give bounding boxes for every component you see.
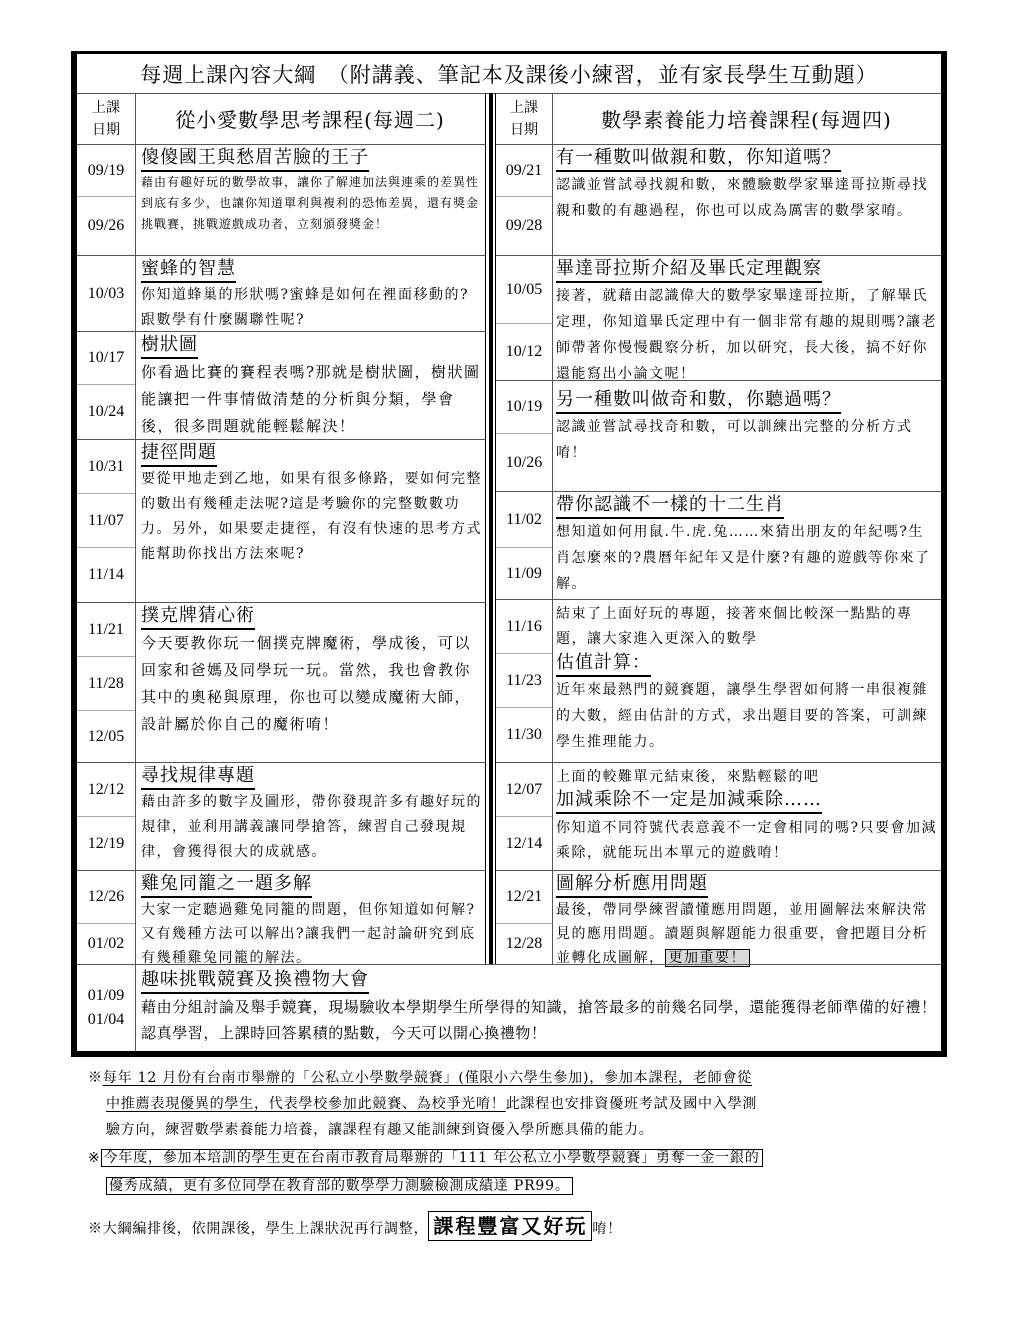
- lesson-date: 10/19: [496, 381, 552, 434]
- note-text: 唷！: [592, 1221, 622, 1237]
- lesson-topic: 加減乘除不一定是加減乘除……: [556, 789, 822, 814]
- achievement-text: 優秀成績，更有多位同學在教育部的數學學力測驗檢測成績達 PR99。: [106, 1177, 573, 1195]
- final-event-row: 01/09 01/04 趣味挑戰競賽及換禮物大會 藉由分組討論及舉手競賽，現場驗…: [77, 964, 941, 1051]
- lesson-date: 01/09: [88, 984, 124, 1008]
- note-2-cont: 優秀成績，更有多位同學在教育部的數學學力測驗檢測成績達 PR99。: [88, 1173, 948, 1199]
- lesson-date: 11/07: [77, 494, 135, 548]
- reference-mark: ※: [88, 1070, 103, 1086]
- lesson-description: 要從甲地走到乙地，如果有很多條路，要如何完整的數出有幾種走法呢?這是考驗你的完整…: [141, 467, 483, 567]
- lesson-date: 10/17: [77, 332, 135, 385]
- lesson-block: 12/21 12/28 圖解分析應用問題 最後，帶同學練習讀懂應用問題，並用圖解…: [496, 871, 941, 964]
- lesson-dates: 10/31 11/07 11/14: [77, 440, 136, 602]
- date-label-line2: 日期: [92, 119, 120, 141]
- column-divider: [485, 93, 496, 964]
- lesson-date: 12/14: [496, 817, 552, 870]
- lesson-dates: 12/07 12/14: [496, 763, 553, 870]
- lesson-dates: 09/21 09/28: [496, 145, 553, 255]
- lesson-dates: 11/21 11/28 12/05: [77, 603, 136, 762]
- lesson-date: 10/26: [496, 434, 552, 491]
- note-2: ※今年度，參加本培訓的學生更在台南市教育局舉辦的「111 年公私立小學數學競賽」…: [88, 1145, 948, 1171]
- achievement-text: 今年度，參加本培訓的學生更在台南市教育局舉辦的「111 年公私立小學數學競賽」勇…: [101, 1149, 763, 1167]
- lesson-dates: 10/03: [77, 256, 136, 331]
- lesson-date: 10/05: [496, 256, 552, 324]
- date-label-line2: 日期: [510, 119, 538, 141]
- lesson-description: 認識並嘗試尋找親和數，來體驗數學家畢達哥拉斯尋找親和數的有趣過程，你也可以成為厲…: [556, 172, 939, 224]
- right-course-column: 上課 日期 數學素養能力培養課程(每週四) 09/21 09/28 有一種數叫做…: [496, 93, 941, 964]
- reference-mark: ※: [88, 1150, 101, 1166]
- final-description: 藉由分組討論及舉手競賽，現場驗收本學期學生所學得的知識，搶答最多的前幾名同學，還…: [141, 994, 939, 1046]
- lesson-description: 今天要教你玩一個撲克牌魔術，學成後，可以回家和爸媽及同學玩一玩。當然，我也會教你…: [141, 630, 483, 738]
- lesson-content: 撲克牌猜心術 今天要教你玩一個撲克牌魔術，學成後，可以回家和爸媽及同學玩一玩。當…: [141, 605, 483, 738]
- lesson-block: 10/03 蜜蜂的智慧 你知道蜂巢的形狀嗎?蜜蜂是如何在裡面移動的?跟數學有什麼…: [77, 256, 485, 332]
- left-course-name: 從小愛數學思考課程(每週二): [135, 93, 485, 144]
- lesson-block: 11/02 11/09 帶你認識不一樣的十二生肖 想知道如何用鼠.牛.虎.兔………: [496, 492, 941, 600]
- course-outline-table: 每週上課內容大綱 （附講義、筆記本及課後小練習，並有家長學生互動題） 上課 日期…: [71, 51, 947, 1057]
- lesson-date: 09/21: [496, 145, 552, 197]
- lesson-date: 11/14: [77, 548, 135, 602]
- lesson-date: 10/12: [496, 324, 552, 380]
- note-text: 中推薦表現優異的學生，代表學校參加此競賽、為校爭光唷！: [106, 1096, 506, 1112]
- highlight-slogan: 課程豐富又好玩: [428, 1211, 592, 1241]
- lesson-date: 11/16: [496, 600, 552, 654]
- lesson-dates: 10/05 10/12: [496, 256, 553, 380]
- lesson-dates: 11/02 11/09: [496, 492, 553, 599]
- lesson-date: 12/07: [496, 763, 552, 817]
- lesson-description: 你知道蜂巢的形狀嗎?蜜蜂是如何在裡面移動的?跟數學有什麼關聯性呢?: [141, 283, 483, 333]
- lesson-topic: 尋找規律專題: [141, 765, 255, 790]
- lesson-content: 蜜蜂的智慧 你知道蜂巢的形狀嗎?蜜蜂是如何在裡面移動的?跟數學有什麼關聯性呢?: [141, 258, 483, 333]
- lesson-topic: 撲克牌猜心術: [141, 605, 255, 630]
- lesson-date: 09/26: [77, 197, 135, 255]
- note-text: 每年 12 月份有台南市舉辦的「公私立小學數學競賽」(僅限小六學生參加)，參加本…: [103, 1070, 752, 1086]
- lesson-date: 12/26: [77, 871, 135, 924]
- lesson-content: 另一種數叫做奇和數，你聽過嗎？ 認識並嘗試尋找奇和數，可以訓練出完整的分析方式唷…: [556, 389, 939, 466]
- right-course-header: 上課 日期 數學素養能力培養課程(每週四): [496, 93, 941, 145]
- date-label-line1: 上課: [92, 97, 120, 119]
- lesson-date: 11/02: [496, 492, 552, 548]
- lesson-block: 12/26 01/02 雞兔同籠之一題多解 大家一定聽過雞兔同籠的問題，但你知道…: [77, 871, 485, 964]
- lesson-date: 11/30: [496, 708, 552, 762]
- lesson-dates: 10/17 10/24: [77, 332, 136, 439]
- lesson-content: 尋找規律專題 藉由許多的數字及圖形，帶你發現許多有趣好玩的規律，並利用講義讓同學…: [141, 765, 483, 865]
- lesson-date: 10/03: [77, 256, 135, 331]
- note-text: 驗方向，練習數學素養能力培養，讓課程有趣又能訓練到資優入學所應具備的能力。: [106, 1122, 654, 1138]
- lesson-block: 12/12 12/19 尋找規律專題 藉由許多的數字及圖形，帶你發現許多有趣好玩…: [77, 763, 485, 871]
- lesson-topic: 有一種數叫做親和數，你知道嗎？: [556, 147, 841, 172]
- lesson-block: 11/21 11/28 12/05 撲克牌猜心術 今天要教你玩一個撲克牌魔術，學…: [77, 603, 485, 763]
- lesson-topic: 捷徑問題: [141, 442, 217, 467]
- lesson-content: 畢達哥拉斯介紹及畢氏定理觀察 接著，就藉由認識偉大的數學家畢達哥拉斯，了解畢氏定…: [556, 258, 939, 387]
- note-text: ※大綱編排後，依開課後，學生上課狀況再行調整，: [88, 1221, 428, 1237]
- note-1-cont: 驗方向，練習數學素養能力培養，讓課程有趣又能訓練到資優入學所應具備的能力。: [88, 1117, 948, 1143]
- date-label-line1: 上課: [510, 97, 538, 119]
- lesson-intro: 上面的較難單元結束後，來點輕鬆的吧: [556, 765, 939, 789]
- final-dates: 01/09 01/04: [77, 965, 136, 1051]
- lesson-date: 12/21: [496, 871, 552, 924]
- lesson-date: 01/04: [88, 1008, 124, 1032]
- lesson-description: 藉由有趣好玩的數學故事，讓你了解連加法與連乘的差異性到底有多少，也讓你知道單利與…: [141, 172, 483, 235]
- lesson-content: 上面的較難單元結束後，來點輕鬆的吧 加減乘除不一定是加減乘除…… 你知道不同符號…: [556, 765, 939, 866]
- footnotes: ※每年 12 月份有台南市舉辦的「公私立小學數學競賽」(僅限小六學生參加)，參加…: [88, 1065, 948, 1242]
- lesson-block: 10/17 10/24 樹狀圖 你看過比賽的賽程表嗎?那就是樹狀圖，樹狀圖能讓把…: [77, 332, 485, 440]
- lesson-block: 10/05 10/12 畢達哥拉斯介紹及畢氏定理觀察 接著，就藉由認識偉大的數學…: [496, 256, 941, 381]
- lesson-content: 樹狀圖 你看過比賽的賽程表嗎?那就是樹狀圖，樹狀圖能讓把一件事情做清楚的分析與分…: [141, 334, 483, 440]
- lesson-content: 雞兔同籠之一題多解 大家一定聽過雞兔同籠的問題，但你知道如何解?又有幾種方法可以…: [141, 873, 483, 970]
- note-text: 此課程也安排資優班考試及國中入學測: [506, 1096, 758, 1112]
- lesson-description: 大家一定聽過雞兔同籠的問題，但你知道如何解?又有幾種方法可以解出?讓我們一起討論…: [141, 898, 483, 970]
- lesson-topic: 估值計算：: [556, 652, 651, 677]
- final-content: 趣味挑戰競賽及換禮物大會 藉由分組討論及舉手競賽，現場驗收本學期學生所學得的知識…: [141, 969, 939, 1046]
- lesson-date: 12/05: [77, 711, 135, 762]
- lesson-block: 10/31 11/07 11/14 捷徑問題 要從甲地走到乙地，如果有很多條路，…: [77, 440, 485, 603]
- lesson-date: 12/12: [77, 763, 135, 817]
- lesson-dates: 09/19 09/26: [77, 145, 136, 255]
- lesson-dates: 10/19 10/26: [496, 381, 553, 491]
- lesson-block: 09/19 09/26 傻傻國王與愁眉苦臉的王子 藉由有趣好玩的數學故事，讓你了…: [77, 145, 485, 256]
- lesson-date: 11/09: [496, 548, 552, 599]
- lesson-content: 有一種數叫做親和數，你知道嗎？ 認識並嘗試尋找親和數，來體驗數學家畢達哥拉斯尋找…: [556, 147, 939, 224]
- lesson-date: 12/19: [77, 817, 135, 870]
- lesson-topic: 圖解分析應用問題: [556, 873, 708, 898]
- lesson-topic: 樹狀圖: [141, 334, 198, 359]
- date-column-label: 上課 日期: [77, 93, 136, 144]
- lesson-date: 12/28: [496, 924, 552, 964]
- lesson-block: 10/19 10/26 另一種數叫做奇和數，你聽過嗎？ 認識並嘗試尋找奇和數，可…: [496, 381, 941, 492]
- lesson-description: 你知道不同符號代表意義不一定會相同的嗎?只要會加減乘除，就能玩出本單元的遊戲唷！: [556, 816, 939, 866]
- right-course-name: 數學素養能力培養課程(每週四): [552, 93, 941, 144]
- lesson-topic: 傻傻國王與愁眉苦臉的王子: [141, 147, 369, 172]
- lesson-content: 捷徑問題 要從甲地走到乙地，如果有很多條路，要如何完整的數出有幾種走法呢?這是考…: [141, 442, 483, 567]
- lesson-content: 結束了上面好玩的專題，接著來個比較深一點點的專題，讓大家進入更深入的數學 估值計…: [556, 602, 939, 755]
- note-1: ※每年 12 月份有台南市舉辦的「公私立小學數學競賽」(僅限小六學生參加)，參加…: [88, 1065, 948, 1091]
- left-course-header: 上課 日期 從小愛數學思考課程(每週二): [77, 93, 485, 145]
- left-course-column: 上課 日期 從小愛數學思考課程(每週二) 09/19 09/26 傻傻國王與愁眉…: [77, 93, 485, 964]
- lesson-date: 11/23: [496, 654, 552, 708]
- lesson-date: 10/24: [77, 385, 135, 439]
- lesson-date: 11/21: [77, 603, 135, 657]
- lesson-dates: 12/12 12/19: [77, 763, 136, 870]
- lesson-intro: 結束了上面好玩的專題，接著來個比較深一點點的專題，讓大家進入更深入的數學: [556, 602, 939, 652]
- lesson-content: 圖解分析應用問題 最後，帶同學練習讀懂應用問題，並用圖解法來解決常見的應用問題。…: [556, 873, 939, 970]
- outline-title: 每週上課內容大綱 （附講義、筆記本及課後小練習，並有家長學生互動題）: [77, 54, 941, 94]
- lesson-topic: 雞兔同籠之一題多解: [141, 873, 312, 898]
- lesson-description: 藉由許多的數字及圖形，帶你發現許多有趣好玩的規律，並利用講義讓同學搶答，練習自己…: [141, 790, 483, 865]
- date-column-label: 上課 日期: [496, 93, 553, 144]
- lesson-block: 11/16 11/23 11/30 結束了上面好玩的專題，接著來個比較深一點點的…: [496, 600, 941, 763]
- lesson-date: 01/02: [77, 924, 135, 964]
- lesson-date: 09/28: [496, 197, 552, 255]
- lesson-description: 你看過比賽的賽程表嗎?那就是樹狀圖，樹狀圖能讓把一件事情做清楚的分析與分類，學會…: [141, 359, 483, 440]
- lesson-dates: 12/26 01/02: [77, 871, 136, 964]
- lesson-date: 11/28: [77, 657, 135, 711]
- lesson-description: 近年來最熱門的競賽題，讓學生學習如何將一串很複雜的大數，經由估計的方式，求出題目…: [556, 677, 939, 755]
- lesson-topic: 蜜蜂的智慧: [141, 258, 236, 283]
- final-topic: 趣味挑戰競賽及換禮物大會: [141, 969, 369, 994]
- note-1-cont: 中推薦表現優異的學生，代表學校參加此競賽、為校爭光唷！此課程也安排資優班考試及國…: [88, 1091, 948, 1117]
- lesson-description: 認識並嘗試尋找奇和數，可以訓練出完整的分析方式唷！: [556, 414, 939, 466]
- lesson-description: 接著，就藉由認識偉大的數學家畢達哥拉斯，了解畢氏定理，你知道畢氏定理中有一個非常…: [556, 283, 939, 387]
- lesson-block: 09/21 09/28 有一種數叫做親和數，你知道嗎？ 認識並嘗試尋找親和數，來…: [496, 145, 941, 256]
- lesson-dates: 11/16 11/23 11/30: [496, 600, 553, 762]
- lesson-date: 10/31: [77, 440, 135, 494]
- lesson-content: 傻傻國王與愁眉苦臉的王子 藉由有趣好玩的數學故事，讓你了解連加法與連乘的差異性到…: [141, 147, 483, 235]
- lesson-topic: 帶你認識不一樣的十二生肖: [556, 494, 784, 519]
- lesson-date: 09/19: [77, 145, 135, 197]
- lesson-content: 帶你認識不一樣的十二生肖 想知道如何用鼠.牛.虎.兔……來猜出朋友的年紀嗎?生肖…: [556, 494, 939, 597]
- note-3: ※大綱編排後，依開課後，學生上課狀況再行調整，課程豐富又好玩唷！: [88, 1213, 948, 1242]
- lesson-block: 12/07 12/14 上面的較難單元結束後，來點輕鬆的吧 加減乘除不一定是加減…: [496, 763, 941, 871]
- lesson-topic: 畢達哥拉斯介紹及畢氏定理觀察: [556, 258, 822, 283]
- lesson-dates: 12/21 12/28: [496, 871, 553, 964]
- lesson-topic: 另一種數叫做奇和數，你聽過嗎？: [556, 389, 841, 414]
- lesson-description: 想知道如何用鼠.牛.虎.兔……來猜出朋友的年紀嗎?生肖怎麼來的?農曆年紀年又是什…: [556, 519, 939, 597]
